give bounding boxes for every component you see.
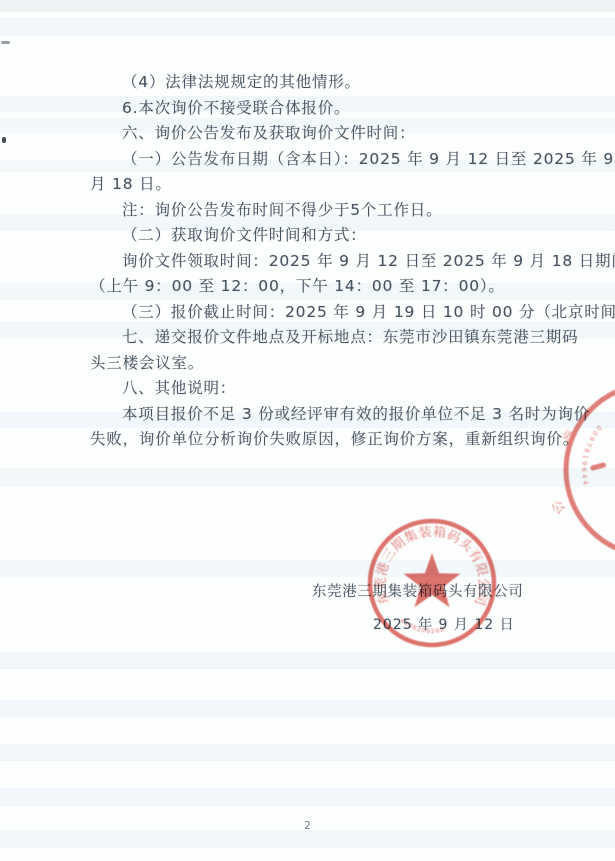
document-body: （4）法律法规规定的其他情形。6.本次询价不接受联合体报价。六、询价公告发布及获… [90,70,560,453]
partial-seal-serial-number: 0097819644 [580,424,603,488]
paragraph-line: 6.本次询价不接受联合体报价。 [90,96,560,122]
paragraph-line: （上午 9：00 至 12：00，下午 14：00 至 17：00）。 [90,274,560,300]
paragraph-line: （二）获取询价文件时间和方式： [90,223,560,249]
scan-artifact-mark [1,41,10,44]
paragraph-line: （4）法律法规规定的其他情形。 [90,70,560,96]
paragraph-line: 八、其他说明： [90,376,560,402]
paragraph-line: 询价文件领取时间：2025 年 9 月 12 日至 2025 年 9 月 18 … [90,249,560,275]
paragraph-line: （一）公告发布日期（含本日）：2025 年 9 月 12 日至 2025 年 9 [90,147,560,173]
paragraph-line: 头三楼会议室。 [90,351,560,377]
scan-artifact-mark [2,137,6,143]
paragraph-line: 注：询价公告发布时间不得少于5个工作日。 [90,198,560,224]
paragraph-line: 失败，询价单位分析询价失败原因，修正询价方案，重新组织询价。 [90,427,560,453]
paragraph-line: 七、递交报价文件地点及开标地点：东莞市沙田镇东莞港三期码 [90,325,560,351]
paragraph-line: 六、询价公告发布及获取询价文件时间： [90,121,560,147]
signature-company: 东莞港三期集装箱码头有限公司 [312,580,523,601]
page-number: 2 [0,820,615,832]
partial-seal-ink-smudge [590,462,607,471]
paragraph-line: 月 18 日。 [90,172,560,198]
signature-date: 2025 年 9 月 12 日 [373,614,515,634]
partial-seal-character-fragment: 公 [549,498,569,518]
paragraph-line: （三）报价截止时间：2025 年 9 月 19 日 10 时 00 分（北京时间… [90,300,560,326]
scanned-document-page: （4）法律法规规定的其他情形。6.本次询价不接受联合体报价。六、询价公告发布及获… [0,0,615,861]
paragraph-line: 本项目报价不足 3 份或经评审有效的报价单位不足 3 名时为询价 [90,402,560,428]
